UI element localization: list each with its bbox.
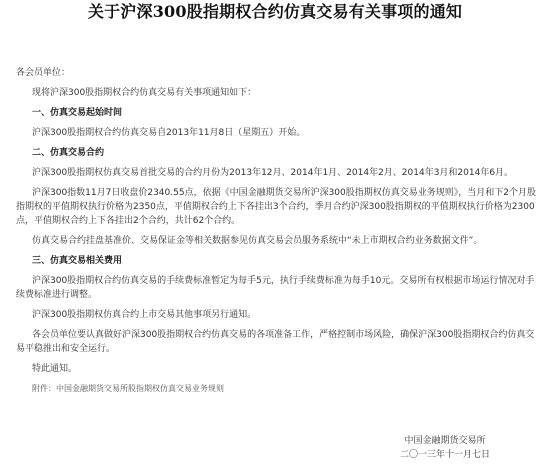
paragraph: 沪深300指数11月7日收盘价2340.55点，依据《中国金融期货交易所沪深30… bbox=[16, 186, 536, 228]
attachment-link[interactable]: 附件：中国金融期货交易所股指期权仿真交易业务规则 bbox=[16, 382, 536, 396]
section-heading-start-time: 一、仿真交易起始时间 bbox=[16, 106, 536, 120]
closing: 特此通知。 bbox=[16, 362, 536, 376]
paragraph: 仿真交易合约挂盘基准价、交易保证金等相关数据参见仿真交易会员服务系统中“未上市期… bbox=[16, 234, 536, 248]
document-title: 关于沪深300股指期权合约仿真交易有关事项的通知 bbox=[0, 2, 550, 22]
signature-date: 二〇一三年十一月七日 bbox=[400, 448, 490, 462]
paragraph: 各会员单位要认真做好沪深300股指期权合约仿真交易的各项准备工作，严格控制市场风… bbox=[16, 328, 536, 356]
paragraph: 沪深300股指期权仿真合约上市交易其他事项另行通知。 bbox=[16, 308, 536, 322]
signature-organization: 中国金融期货交易所 bbox=[400, 434, 490, 448]
section-heading-fees: 三、仿真交易相关费用 bbox=[16, 254, 536, 268]
document-body: 各会员单位： 现将沪深300股指期权合约仿真交易有关事项通知如下： 一、仿真交易… bbox=[16, 66, 536, 402]
section-heading-contracts: 二、仿真交易合约 bbox=[16, 146, 536, 160]
paragraph: 沪深300股指期权合约仿真交易的手续费标准暂定为每手5元，执行手续费标准为每手1… bbox=[16, 274, 536, 302]
paragraph: 沪深300股指期权仿真交易首批交易的合约月份为2013年12月、2014年1月、… bbox=[16, 166, 536, 180]
intro-paragraph: 现将沪深300股指期权合约仿真交易有关事项通知如下： bbox=[16, 86, 536, 100]
salutation: 各会员单位： bbox=[16, 66, 536, 80]
paragraph: 沪深300股指期权合约仿真交易自2013年11月8日（星期五）开始。 bbox=[16, 126, 536, 140]
signature-block: 中国金融期货交易所 二〇一三年十一月七日 bbox=[400, 434, 490, 462]
